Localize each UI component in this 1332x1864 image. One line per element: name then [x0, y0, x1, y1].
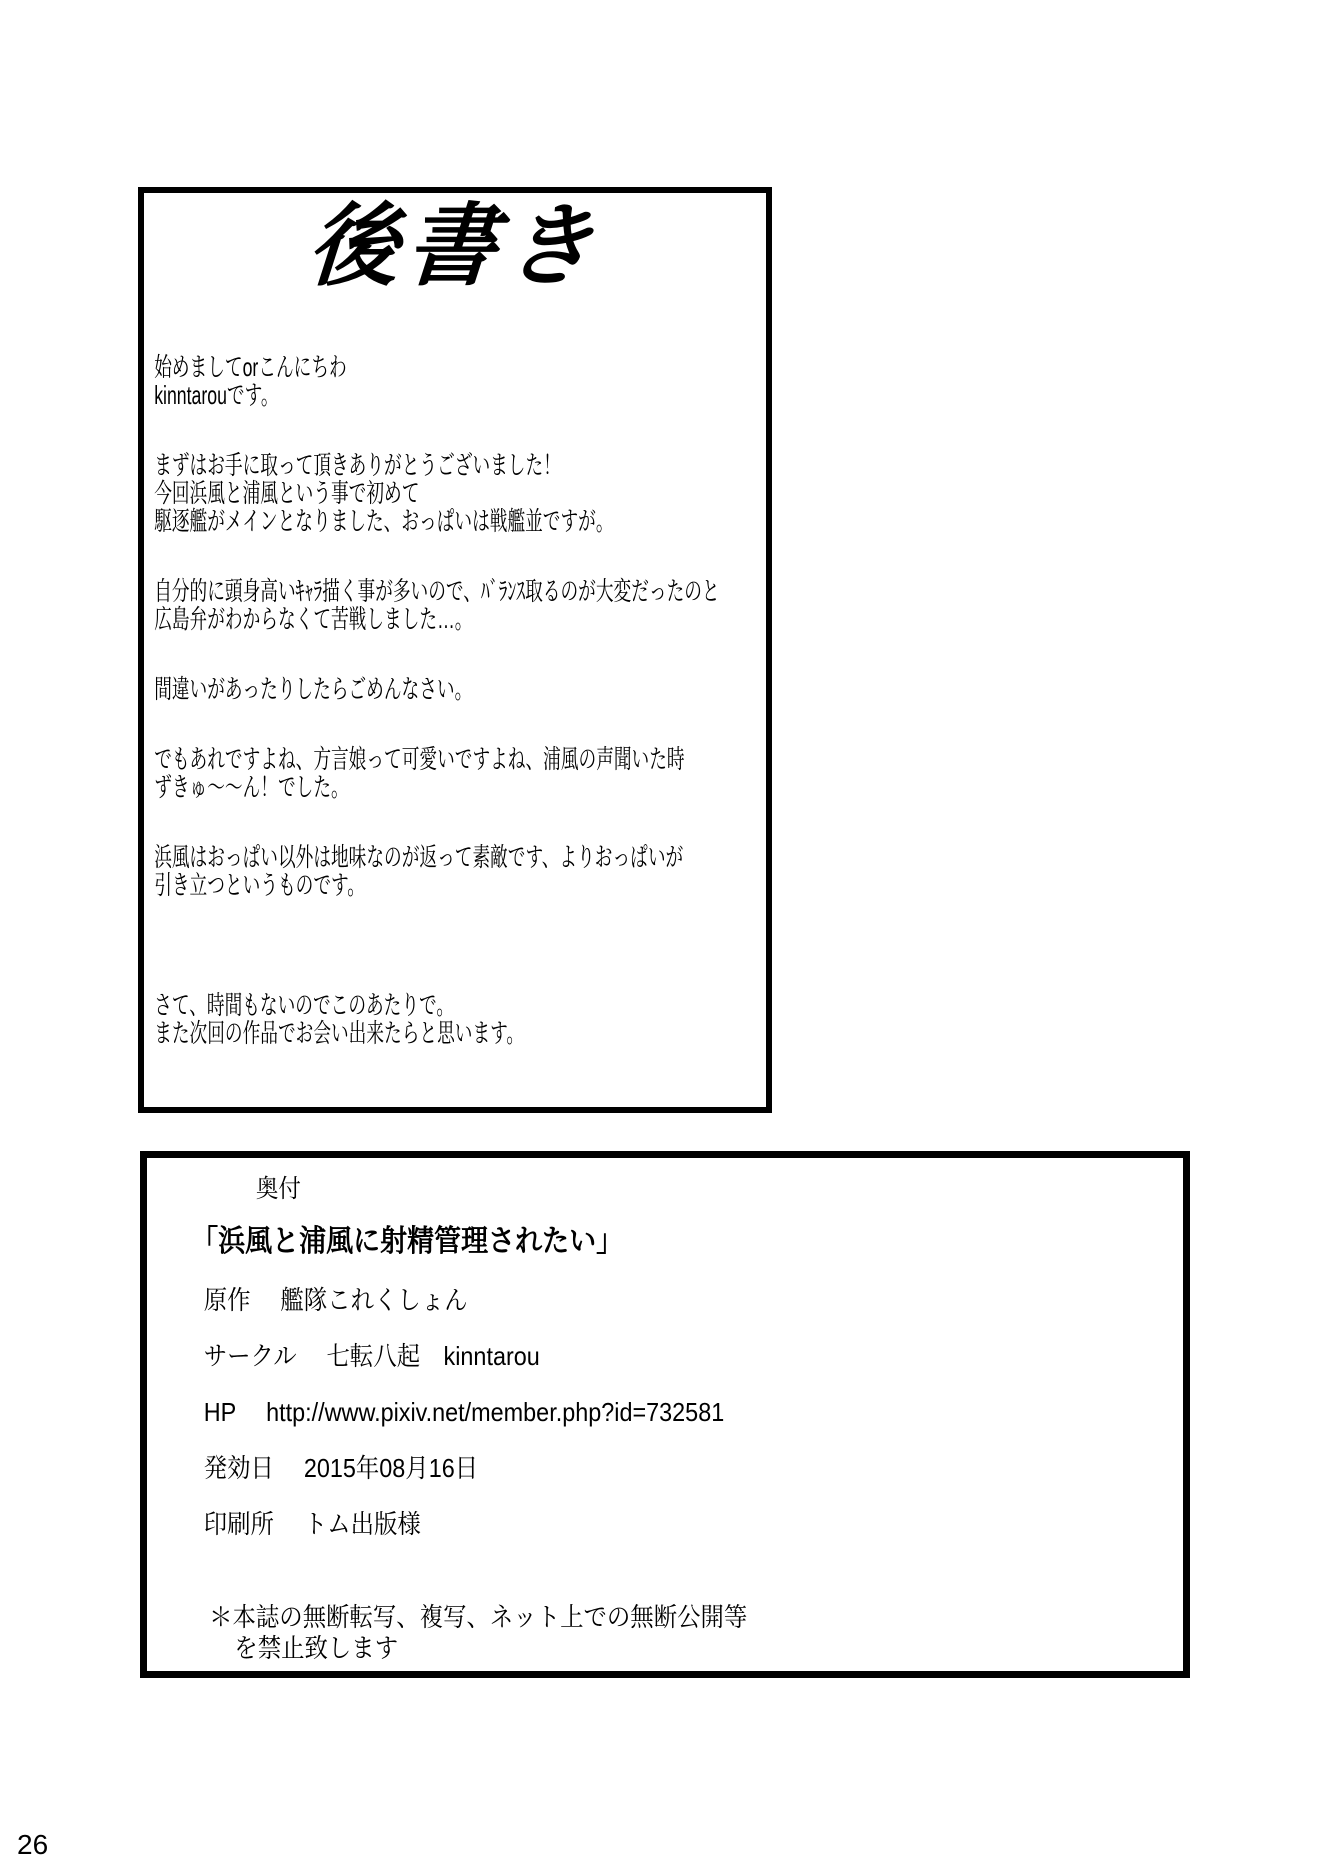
afterword-paragraph: でもあれですよね、方言娘って可愛いですよね、浦風の声聞いた時 ずきゅ～～ん！でし… — [154, 745, 772, 801]
colophon-row-homepage: HP http://www.pixiv.net/member.php?id=73… — [147, 1398, 1184, 1426]
colophon-row-printer: 印刷所 トム出版様 — [147, 1510, 1184, 1538]
homepage-url: http://www.pixiv.net/member.php?id=73258… — [266, 1397, 724, 1427]
page-number: 26 — [17, 1830, 48, 1860]
row-label: HP — [204, 1398, 237, 1426]
colophon-heading: 奥付 — [147, 1176, 1184, 1202]
colophon-row-original-work: 原作 艦隊これくしょん — [147, 1286, 1184, 1314]
afterword-paragraph: さて、時間もないのでこのあたりで。 また次回の作品でお会い出来たらと思います。 — [154, 991, 772, 1047]
afterword-paragraph: 浜風はおっぱい以外は地味なのが返って素敵です、よりおっぱいが 引き立つというもの… — [154, 843, 772, 899]
afterword-box: 後書き 始めましてorこんにちわ kinntarouです。 まずはお手に取って頂… — [138, 187, 772, 1113]
row-value: 七転八起 kinntarou — [327, 1341, 540, 1371]
row-value: 艦隊これくしょん — [280, 1285, 467, 1315]
afterword-title: 後書き — [141, 201, 770, 295]
afterword-paragraph: 間違いがあったりしたらごめんなさい。 — [154, 675, 772, 703]
row-value: 2015年08月16日 — [304, 1453, 478, 1483]
colophon-box: 奥付 「浜風と浦風に射精管理されたい」 原作 艦隊これくしょん サークル 七転八… — [140, 1151, 1190, 1678]
book-title: 「浜風と浦風に射精管理されたい」 — [147, 1226, 1184, 1258]
row-label: サークル — [204, 1342, 297, 1370]
row-value: トム出版様 — [304, 1509, 421, 1539]
row-label: 印刷所 — [204, 1510, 274, 1538]
row-label: 発効日 — [204, 1454, 274, 1482]
afterword-body: 始めましてorこんにちわ kinntarouです。 まずはお手に取って頂きありが… — [144, 325, 772, 1089]
afterword-paragraph: 始めましてorこんにちわ kinntarouです。 — [154, 353, 772, 409]
afterword-paragraph: まずはお手に取って頂きありがとうございました！ 今回浜風と浦風という事で初めて … — [154, 451, 772, 535]
colophon-row-circle: サークル 七転八起 kinntarou — [147, 1342, 1184, 1370]
afterword-paragraph: 自分的に頭身高いｷｬﾗ描く事が多いので、ﾊﾞﾗﾝｽ取るのが大変だったのと 広島弁… — [154, 577, 772, 633]
row-label: 原作 — [204, 1286, 251, 1314]
copyright-notice: ＊本誌の無断転写、複写、ネット上での無断公開等 を禁止致します — [147, 1602, 1184, 1664]
colophon-row-issue-date: 発効日 2015年08月16日 — [147, 1454, 1184, 1482]
scanned-page: 後書き 始めましてorこんにちわ kinntarouです。 まずはお手に取って頂… — [0, 0, 1332, 1864]
colophon-content: 奥付 「浜風と浦風に射精管理されたい」 原作 艦隊これくしょん サークル 七転八… — [147, 1176, 1184, 1664]
